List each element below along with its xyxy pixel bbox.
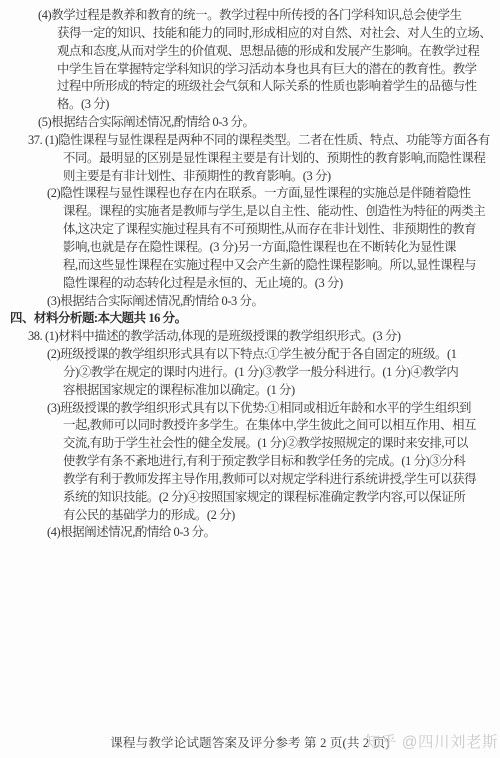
- text-line: (4)教学过程是教养和教育的统一。教学过程中所传授的各门学科知识,总会使学生: [0, 7, 496, 25]
- text-line: 交流,有助于学生社会性的健全发展。(1 分)②教学按照规定的课时来安排,可以: [0, 435, 496, 453]
- text-line: 过程中所形成的特定的班级社会气氛和人际关系的性质也影响着学生的品德与性: [0, 78, 496, 96]
- text-line: (3)根据结合实际阐述情况,酌情给 0-3 分。: [0, 293, 496, 311]
- text-line: (2)隐性课程与显性课程也存在内在联系。一方面,显性课程的实施总是伴随着隐性: [0, 185, 496, 203]
- text-line: 有公民的基础学力的形成。(2 分): [0, 507, 496, 525]
- text-line: 教学有利于教师发挥主导作用,教师可以对规定学科进行系统讲授,学生可以获得: [0, 471, 496, 489]
- text-line: 课程。课程的实施者是教师与学生,是以自主性、能动性、创造性为特征的两类主: [0, 203, 496, 221]
- text-line: 不同。最明显的区别是显性课程主要是有计划的、预期性的教育影响,而隐性课程: [0, 150, 496, 168]
- text-line: 使教学有条不紊地进行,有利于预定教学目标和教学任务的完成。(1 分)③分科: [0, 453, 496, 471]
- text-line: (2)班级授课的教学组织形式具有以下特点:①学生被分配于各自固定的班级。(1: [0, 346, 496, 364]
- answer-key-text: (4)教学过程是教养和教育的统一。教学过程中所传授的各门学科知识,总会使学生获得…: [0, 7, 496, 542]
- text-line: (4)根据阐述情况,酌情给 0-3 分。: [0, 524, 496, 542]
- text-line: 则主要是有非计划性、非预期性的教育影响。(3 分): [0, 168, 496, 186]
- text-line: 影响,也就是存在隐性课程。(3 分)另一方面,隐性课程也在不断转化为显性课: [0, 239, 496, 257]
- text-line: 中学生旨在掌握特定学科知识的学习活动本身也具有巨大的潜在的教育性。教学: [0, 61, 496, 79]
- text-line: 一起,教师可以同时教授许多学生。在集体中,学生彼此之间可以相互作用、相互: [0, 417, 496, 435]
- watermark: 知乎 @四川刘老斯: [365, 730, 498, 752]
- text-line: 分)②教学在规定的课时内进行。(1 分)③教学一般分科进行。(1 分)④教学内: [0, 364, 496, 382]
- text-line: 观点和态度,从而对学生的价值观、思想品德的形成和发展产生影响。在教学过程: [0, 43, 496, 61]
- document-page: (4)教学过程是教养和教育的统一。教学过程中所传授的各门学科知识,总会使学生获得…: [0, 0, 500, 758]
- text-line: (5)根据结合实际阐述情况,酌情给 0-3 分。: [0, 114, 496, 132]
- text-line: 格。(3 分): [0, 96, 496, 114]
- text-line: 隐性课程的动态转化过程是永恒的、无止境的。(3 分): [0, 275, 496, 293]
- text-line: 体,这决定了课程实施过程具有不可预期性,从而存在非计划性、非预期性的教育: [0, 221, 496, 239]
- text-line: 容根据国家规定的课程标准加以确定。(1 分): [0, 382, 496, 400]
- text-line: 程,而这些显性课程在实施过程中又会产生新的隐性课程影响。所以,显性课程与: [0, 257, 496, 275]
- text-line: 37. (1)隐性课程与显性课程是两种不同的课程类型。二者在性质、特点、功能等方…: [0, 132, 496, 150]
- text-line: 四、材料分析题:本大题共 16 分。: [0, 310, 496, 328]
- footer-title-and-page-number: 课程与教学论试题答案及评分参考 第 2 页(共 2 页): [110, 736, 390, 750]
- text-line: 获得一定的知识、技能和能力的同时,形成相应的对自然、对社会、对人生的立场、: [0, 25, 496, 43]
- text-line: (3)班级授课的教学组织形式具有以下优势:①相同或相近年龄和水平的学生组织到: [0, 400, 496, 418]
- text-line: 系统的知识技能。(2 分)④按照国家规定的课程标准确定教学内容,可以保证所: [0, 489, 496, 507]
- text-line: 38. (1)材料中描述的教学活动,体现的是班级授课的教学组织形式。(3 分): [0, 328, 496, 346]
